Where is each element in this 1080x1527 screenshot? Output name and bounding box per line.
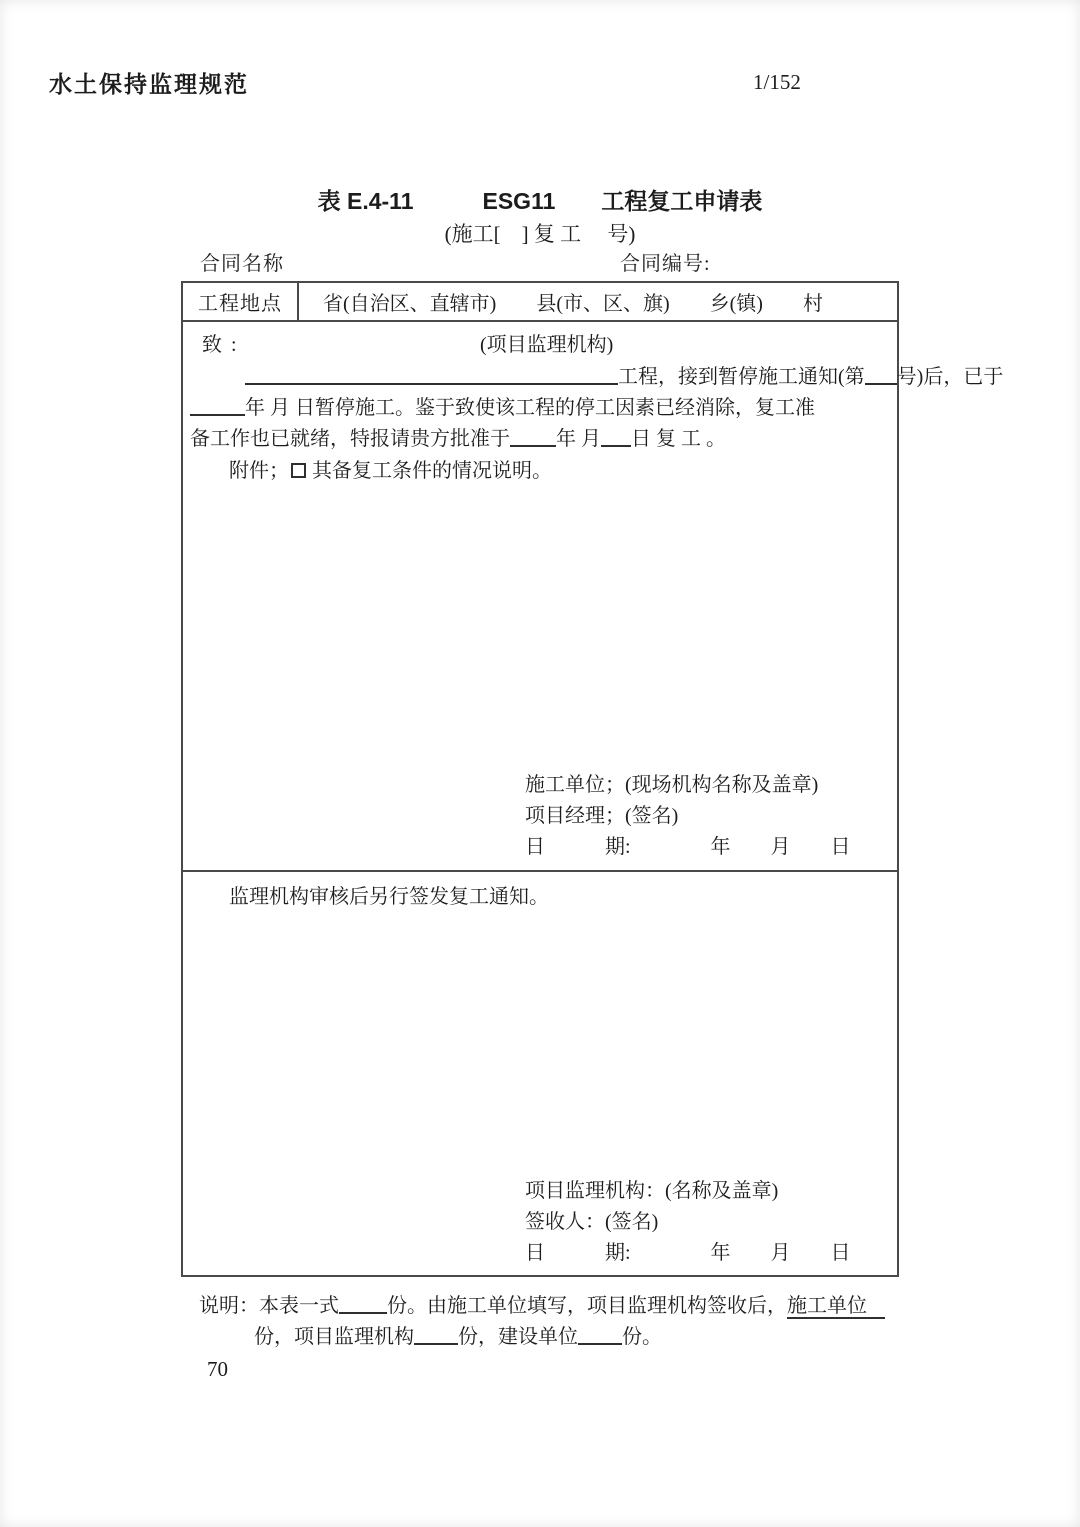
body-line-3-text-2: 年 月	[556, 428, 601, 450]
instructions-line-2-b: 份，建设单位	[458, 1326, 578, 1348]
form-subtitle: (施工[ ] 复 工 号)	[0, 218, 1080, 248]
instructions-line-2-a: 份，项目监理机构	[254, 1326, 414, 1348]
body-line-2-text: 年 月 日暂停施工。鉴于致使该工程的停工因素已经消除，复工准	[245, 397, 815, 419]
body-line-3-text-3: 日 复 工 。	[631, 428, 726, 450]
body-line-1: 工程，接到暂停施工通知(第号)后，已于	[245, 360, 1003, 389]
supervisor-org-line: 项目监理机构：(名称及盖章)	[525, 1176, 851, 1207]
supervisor-date-line: 日 期: 年 月 日	[525, 1238, 851, 1269]
receiver-line: 签收人：(签名)	[525, 1207, 851, 1238]
review-section: 监理机构审核后另行签发复工通知。 项目监理机构：(名称及盖章) 签收人：(签名)…	[183, 872, 897, 1275]
fill-blank-resume-day	[601, 428, 631, 447]
form-title: 表 E.4-11 ESG11 工程复工申请表	[0, 183, 1080, 216]
doc-title: 水土保持监理规范	[49, 66, 249, 99]
location-value-cell: 省(自治区、直辖市) 县(市、区、旗) 乡(镇) 村	[299, 283, 897, 320]
form-table: 工程地点 省(自治区、直辖市) 县(市、区、旗) 乡(镇) 村 致 : (项目监…	[181, 281, 899, 1277]
attachment-text: 其备复工条件的情况说明。	[312, 460, 552, 482]
document-page: 水土保持监理规范 1/152 表 E.4-11 ESG11 工程复工申请表 (施…	[0, 0, 1080, 1527]
review-note: 监理机构审核后另行签发复工通知。	[229, 880, 549, 909]
fill-blank-stop-year	[190, 397, 245, 416]
supervisor-signature-block: 项目监理机构：(名称及盖章) 签收人：(签名) 日 期: 年 月 日	[525, 1176, 851, 1269]
checkbox-icon	[291, 463, 306, 478]
instructions-line-1: 说明：本表一式份。由施工单位填写，项目监理机构签收后，施工单位	[199, 1289, 885, 1318]
instructions-line-1-c: 施工单位	[787, 1295, 885, 1319]
fill-blank-project-name	[245, 366, 618, 385]
instructions-line-2: 份，项目监理机构份，建设单位份。	[254, 1320, 662, 1349]
contractor-signature-block: 施工单位；(现场机构名称及盖章) 项目经理；(签名) 日 期: 年 月 日	[525, 770, 851, 863]
body-line-1-text-2: 号)后，已于	[897, 366, 1004, 388]
contract-number-label: 合同编号:	[620, 247, 711, 276]
fill-blank-resume-year	[510, 428, 556, 447]
location-row: 工程地点 省(自治区、直辖市) 县(市、区、旗) 乡(镇) 村	[183, 283, 897, 322]
instructions-line-1-a: 说明：本表一式	[199, 1295, 339, 1317]
to-label: 致 :	[202, 328, 239, 357]
fill-blank-copies-total	[339, 1295, 387, 1314]
application-section: 致 : (项目监理机构) 工程，接到暂停施工通知(第号)后，已于 年 月 日暂停…	[183, 322, 897, 872]
body-line-1-text-1: 工程，接到暂停施工通知(第	[618, 366, 865, 388]
fill-blank-copies-owner	[578, 1326, 622, 1345]
fill-blank-notice-number	[865, 366, 897, 385]
instructions-line-1-b: 份。由施工单位填写，项目监理机构签收后，	[387, 1295, 787, 1317]
contractor-unit-line: 施工单位；(现场机构名称及盖章)	[525, 770, 851, 801]
fill-blank-copies-supervisor	[414, 1326, 458, 1345]
contractor-date-line: 日 期: 年 月 日	[525, 832, 851, 863]
page-number: 70	[207, 1357, 228, 1382]
body-line-2: 年 月 日暂停施工。鉴于致使该工程的停工因素已经消除，复工准	[190, 391, 815, 420]
body-line-3-text-1: 备工作也已就绪，特报请贵方批准于	[190, 428, 510, 450]
page-indicator: 1/152	[753, 70, 801, 95]
instructions-line-2-c: 份。	[622, 1326, 662, 1348]
project-manager-line: 项目经理；(签名)	[525, 801, 851, 832]
body-line-3: 备工作也已就绪，特报请贵方批准于年 月日 复 工 。	[190, 422, 726, 451]
to-org-label: (项目监理机构)	[480, 328, 613, 357]
contract-name-label: 合同名称	[200, 247, 284, 276]
location-label-cell: 工程地点	[183, 283, 299, 320]
attachment-line: 附件；其备复工条件的情况说明。	[229, 454, 552, 483]
attachment-label: 附件；	[229, 460, 289, 482]
